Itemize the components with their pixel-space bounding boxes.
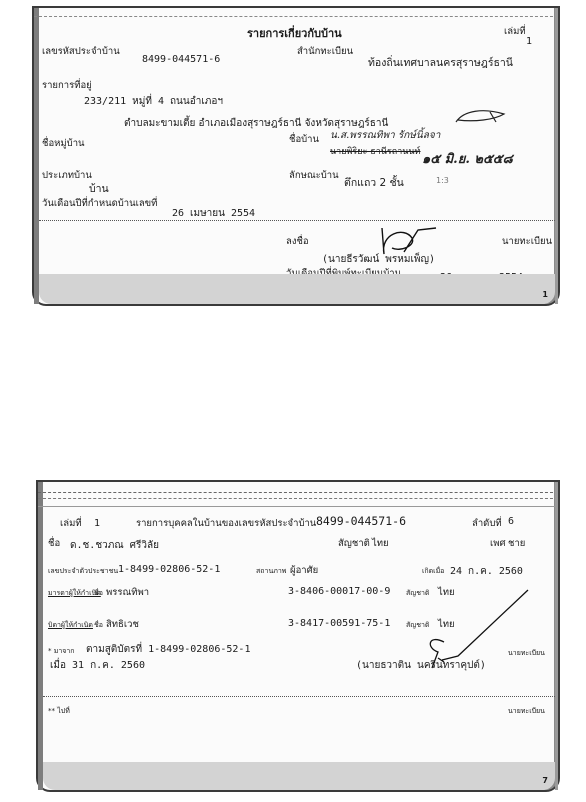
- father-label: บิดาผู้ให้กำเนิด: [48, 620, 93, 631]
- house-type-label: ประเภทบ้าน: [42, 168, 92, 183]
- house-code-label: เลขรหัสประจำบ้าน: [42, 44, 120, 59]
- handwritten-date: ๑๕ มิ.ย. ๒๕๕๘: [422, 148, 513, 169]
- registrar-name: (นายธีรวัฒน์ พรหมเพ็ญ): [322, 252, 435, 267]
- house-style-label: ลักษณะบ้าน: [289, 168, 339, 183]
- handwritten-mark-icon: [454, 106, 514, 128]
- card-footer-band: [39, 274, 555, 304]
- house-name-struck: นายพิริยะ ธานีรถานนท์: [330, 144, 421, 158]
- address-line-1: 233/211 หมู่ที่ 4 ถนนอำเภอฯ: [84, 94, 223, 109]
- status-label: สถานภาพ: [256, 566, 286, 577]
- card-top-strip: [38, 482, 558, 493]
- father-name-label: ชื่อ: [94, 620, 103, 631]
- assigned-date: 26 เมษายน 2554: [172, 206, 255, 221]
- house-style: ตึกแถว 2 ชั้น: [344, 174, 404, 191]
- house-record-title: รายการเกี่ยวกับบ้าน: [247, 24, 342, 42]
- mother-name-label: ชื่อ: [94, 588, 103, 599]
- id-label: เลขประจำตัวประชาชน: [48, 566, 118, 577]
- birth-label: เกิดเมื่อ: [422, 566, 444, 577]
- house-code: 8499-044571-6: [316, 514, 406, 528]
- birth-date: 24 ก.ค. 2560: [450, 564, 523, 579]
- nationality: ไทย: [372, 536, 389, 551]
- house-type: บ้าน: [89, 180, 109, 197]
- card-top-dashed: [38, 498, 558, 499]
- person-name: ด.ช.ชวภณ ศรีวิลัย: [70, 538, 159, 553]
- from-date: เมื่อ 31 ก.ค. 2560: [50, 658, 145, 673]
- section-divider: [39, 220, 555, 221]
- sex: ชาย: [508, 536, 525, 551]
- registry-office-label: สำนักทะเบียน: [297, 44, 353, 59]
- page-number: 7: [542, 776, 548, 785]
- status: ผู้อาศัย: [290, 563, 318, 578]
- sign-label: ลงชื่อ: [286, 234, 309, 249]
- card-footer-band: [43, 762, 555, 790]
- house-code: 8499-044571-6: [142, 54, 220, 65]
- registrar-label: นายทะเบียน: [508, 648, 545, 659]
- person-record-header: รายการบุคคลในบ้านของเลขรหัสประจำบ้าน: [136, 516, 316, 531]
- mother-label: มารดาผู้ให้กำเนิด: [48, 588, 101, 599]
- address-label: รายการที่อยู่: [42, 78, 92, 93]
- registry-office: ท้องถิ่นเทศบาลนครสุราษฎร์ธานี: [368, 54, 513, 71]
- id-number: 1-8499-02806-52-1: [118, 564, 220, 575]
- house-style-note: 1:3: [436, 176, 449, 185]
- name-label: ชื่อ: [48, 536, 60, 551]
- from-text: ตามสูติบัตรที่ 1-8499-02806-52-1: [86, 642, 250, 657]
- from-marker: * มาจาก: [48, 646, 75, 657]
- house-name-handwritten: น.ส.พรรณทิพา รักษ์นิ้ลจา: [330, 128, 440, 143]
- book-number: 1: [526, 36, 532, 47]
- nationality-label: สัญชาติ: [338, 536, 370, 551]
- card-top-rule: [38, 506, 558, 507]
- page-number: 1: [542, 290, 548, 299]
- book-label: เล่มที่: [504, 24, 526, 39]
- mother-id: 3-8406-00017-00-9: [288, 586, 390, 597]
- registrar-name: (นายธวาติน นครินทราคุปต์): [356, 658, 486, 673]
- card-top-strip: [34, 8, 558, 17]
- registrar-label: นายทะเบียน: [502, 234, 552, 249]
- father-name: สิทธิเวช: [106, 617, 139, 632]
- mother-name: พรรณทิพา: [106, 585, 149, 600]
- father-id: 3-8417-00591-75-1: [288, 618, 390, 629]
- book-number: 1: [94, 518, 100, 529]
- village-label: ชื่อหมู่บ้าน: [42, 136, 85, 151]
- house-record-card: รายการเกี่ยวกับบ้าน เล่มที่ 1 เลขรหัสประ…: [32, 6, 560, 306]
- house-name-label: ชื่อบ้าน: [289, 132, 319, 147]
- moved-to-label: ** ไปที่: [48, 706, 70, 717]
- section-divider: [43, 696, 555, 697]
- order-label: ลำดับที่: [472, 516, 502, 531]
- person-record-card: เล่มที่ 1 รายการบุคคลในบ้านของเลขรหัสประ…: [36, 480, 560, 792]
- book-label: เล่มที่: [60, 516, 82, 531]
- moved-registrar-label: นายทะเบียน: [508, 706, 545, 717]
- order-number: 6: [508, 516, 514, 527]
- sex-label: เพศ: [490, 536, 506, 551]
- assigned-date-label: วันเดือนปีที่กำหนดบ้านเลขที่: [42, 196, 157, 211]
